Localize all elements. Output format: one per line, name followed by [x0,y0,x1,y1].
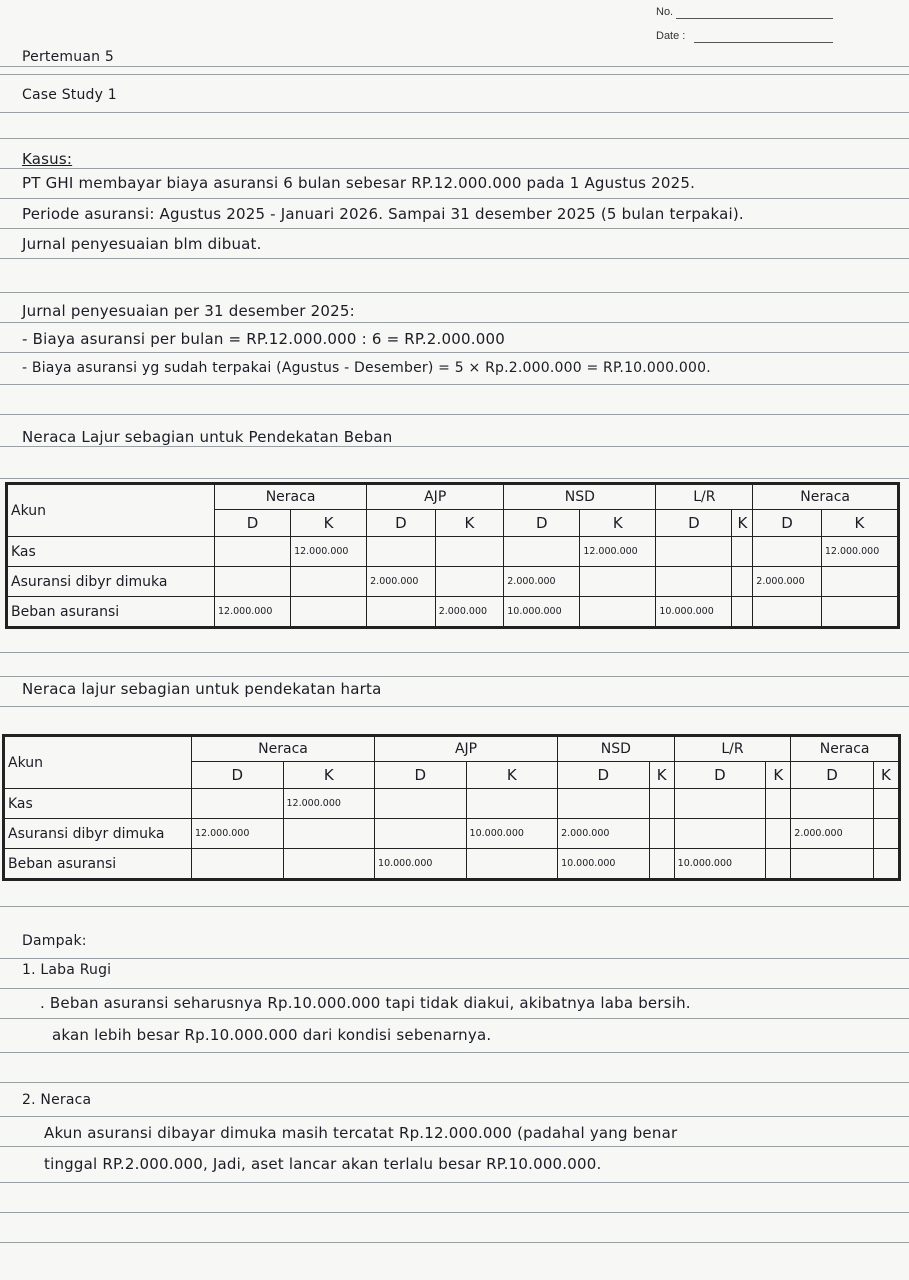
ruled-line [0,384,909,385]
no-field-line [676,18,833,19]
amount-cell [674,789,766,819]
amount-cell: 10.000.000 [375,849,467,879]
column-group-header: NSD [504,485,656,510]
amount-cell: 2.000.000 [558,819,650,849]
amount-cell [873,849,898,879]
kredit-header: K [283,762,375,789]
kredit-header: K [732,510,753,537]
kredit-header: K [466,762,558,789]
kasus-heading: Kasus: [22,150,72,168]
akun-header: Akun [5,737,192,789]
table-beban-heading: Neraca Lajur sebagian untuk Pendekatan B… [22,428,392,446]
page-title: Pertemuan 5 [22,49,114,65]
amount-cell: 12.000.000 [283,789,375,819]
amount-cell [435,537,504,567]
account-name: Asuransi dibyr dimuka [8,567,215,597]
amount-cell: 12.000.000 [291,537,367,567]
amount-cell [791,849,874,879]
date-label: Date : [656,30,685,42]
amount-cell: 10.000.000 [674,849,766,879]
kredit-header: K [291,510,367,537]
debit-header: D [656,510,732,537]
amount-cell: 2.000.000 [504,567,580,597]
table-row: Asuransi dibyr dimuka2.000.0002.000.0002… [8,567,898,597]
ruled-line [0,292,909,293]
amount-cell [766,849,791,879]
kredit-header: K [766,762,791,789]
amount-cell [435,567,504,597]
table-row: Kas12.000.000 [5,789,899,819]
dampak-heading: Dampak: [22,933,87,949]
account-name: Beban asuransi [8,597,215,627]
amount-cell: 2.000.000 [435,597,504,627]
amount-cell: 10.000.000 [558,849,650,879]
debit-header: D [791,762,874,789]
amount-cell [649,849,674,879]
neraca-title: 2. Neraca [22,1092,91,1108]
column-group-header: Neraca [192,737,375,762]
amount-cell [753,597,822,627]
amount-cell [466,849,558,879]
table-harta-heading: Neraca lajur sebagian untuk pendekatan h… [22,680,381,698]
amount-cell [732,597,753,627]
amount-cell [656,537,732,567]
ruled-line [0,1182,909,1183]
kredit-header: K [649,762,674,789]
ruled-line [0,906,909,907]
ruled-line [0,706,909,707]
ruled-line [0,1018,909,1019]
debit-header: D [375,762,467,789]
amount-cell [649,819,674,849]
column-group-header: Neraca [791,737,899,762]
amount-cell [732,537,753,567]
table-row: Beban asuransi12.000.0002.000.00010.000.… [8,597,898,627]
amount-cell [375,819,467,849]
amount-cell [215,537,291,567]
debit-header: D [192,762,284,789]
ruled-line [0,168,909,169]
account-name: Asuransi dibyr dimuka [5,819,192,849]
ruled-line [0,1052,909,1053]
amount-cell [192,849,284,879]
debit-header: D [504,510,580,537]
ruled-line [0,112,909,113]
amount-cell [283,819,375,849]
column-group-header: AJP [367,485,504,510]
ruled-line [0,1212,909,1213]
column-group-header: NSD [558,737,675,762]
account-name: Kas [5,789,192,819]
column-group-header: L/R [674,737,791,762]
account-name: Beban asuransi [5,849,192,879]
debit-header: D [753,510,822,537]
kredit-header: K [580,510,656,537]
amount-cell [580,567,656,597]
amount-cell [192,789,284,819]
amount-cell: 2.000.000 [791,819,874,849]
column-group-header: Neraca [215,485,367,510]
column-group-header: L/R [656,485,753,510]
amount-cell [732,567,753,597]
amount-cell [821,597,897,627]
ruled-line [0,676,909,677]
debit-header: D [558,762,650,789]
amount-cell: 10.000.000 [656,597,732,627]
jurnal-line: - Biaya asuransi yg sudah terpakai (Agus… [22,360,711,376]
amount-cell [766,819,791,849]
ruled-line [0,652,909,653]
neraca-line: tinggal RP.2.000.000, Jadi, aset lancar … [44,1155,601,1173]
amount-cell [291,567,367,597]
amount-cell: 10.000.000 [466,819,558,849]
ruled-line [0,958,909,959]
kasus-line: Periode asuransi: Agustus 2025 - Januari… [22,205,744,223]
amount-cell [367,537,436,567]
amount-cell: 12.000.000 [821,537,897,567]
amount-cell [367,597,436,627]
kasus-line: PT GHI membayar biaya asuransi 6 bulan s… [22,174,695,192]
page-subtitle: Case Study 1 [22,87,117,103]
ruled-line [0,988,909,989]
amount-cell: 12.000.000 [580,537,656,567]
ruled-line [0,1082,909,1083]
no-label: No. [656,6,673,18]
akun-header: Akun [8,485,215,537]
ruled-line [0,478,909,479]
ruled-line [0,74,909,75]
ruled-line [0,1116,909,1117]
laba-rugi-line: . Beban asuransi seharusnya Rp.10.000.00… [40,994,691,1012]
amount-cell [873,789,898,819]
ruled-line [0,1146,909,1147]
kredit-header: K [821,510,897,537]
column-group-header: AJP [375,737,558,762]
amount-cell [791,789,874,819]
amount-cell [558,789,650,819]
kredit-header: K [435,510,504,537]
amount-cell: 12.000.000 [192,819,284,849]
ruled-line [0,198,909,199]
laba-rugi-line: akan lebih besar Rp.10.000.000 dari kond… [52,1026,491,1044]
amount-cell [291,597,367,627]
ruled-line [0,258,909,259]
kredit-header: K [873,762,898,789]
ruled-line [0,1242,909,1243]
table-row: Kas12.000.00012.000.00012.000.000 [8,537,898,567]
amount-cell [674,819,766,849]
debit-header: D [674,762,766,789]
jurnal-heading: Jurnal penyesuaian per 31 desember 2025: [22,302,355,320]
amount-cell: 12.000.000 [215,597,291,627]
amount-cell [580,597,656,627]
table-row: Asuransi dibyr dimuka12.000.00010.000.00… [5,819,899,849]
worksheet-table-harta: AkunNeracaAJPNSDL/RNeracaDKDKDKDKDKKas12… [4,736,899,879]
kasus-line: Jurnal penyesuaian blm dibuat. [22,235,262,253]
date-field-line [694,42,833,43]
ruled-line [0,446,909,447]
ruled-line [0,352,909,353]
debit-header: D [367,510,436,537]
ruled-line [0,228,909,229]
worksheet-table-beban: AkunNeracaAJPNSDL/RNeracaDKDKDKDKDKKas12… [7,484,898,627]
amount-cell [375,789,467,819]
ruled-line [0,66,909,67]
amount-cell: 2.000.000 [367,567,436,597]
amount-cell [753,537,822,567]
amount-cell [873,819,898,849]
ruled-line [0,138,909,139]
ruled-line [0,414,909,415]
column-group-header: Neraca [753,485,898,510]
amount-cell [821,567,897,597]
neraca-line: Akun asuransi dibayar dimuka masih terca… [44,1124,677,1142]
debit-header: D [215,510,291,537]
amount-cell [504,537,580,567]
amount-cell [766,789,791,819]
laba-rugi-title: 1. Laba Rugi [22,962,111,978]
jurnal-line: - Biaya asuransi per bulan = RP.12.000.0… [22,330,505,348]
amount-cell: 2.000.000 [753,567,822,597]
amount-cell [283,849,375,879]
account-name: Kas [8,537,215,567]
amount-cell [656,567,732,597]
amount-cell [649,789,674,819]
amount-cell: 10.000.000 [504,597,580,627]
amount-cell [215,567,291,597]
amount-cell [466,789,558,819]
table-row: Beban asuransi10.000.00010.000.00010.000… [5,849,899,879]
ruled-line [0,322,909,323]
